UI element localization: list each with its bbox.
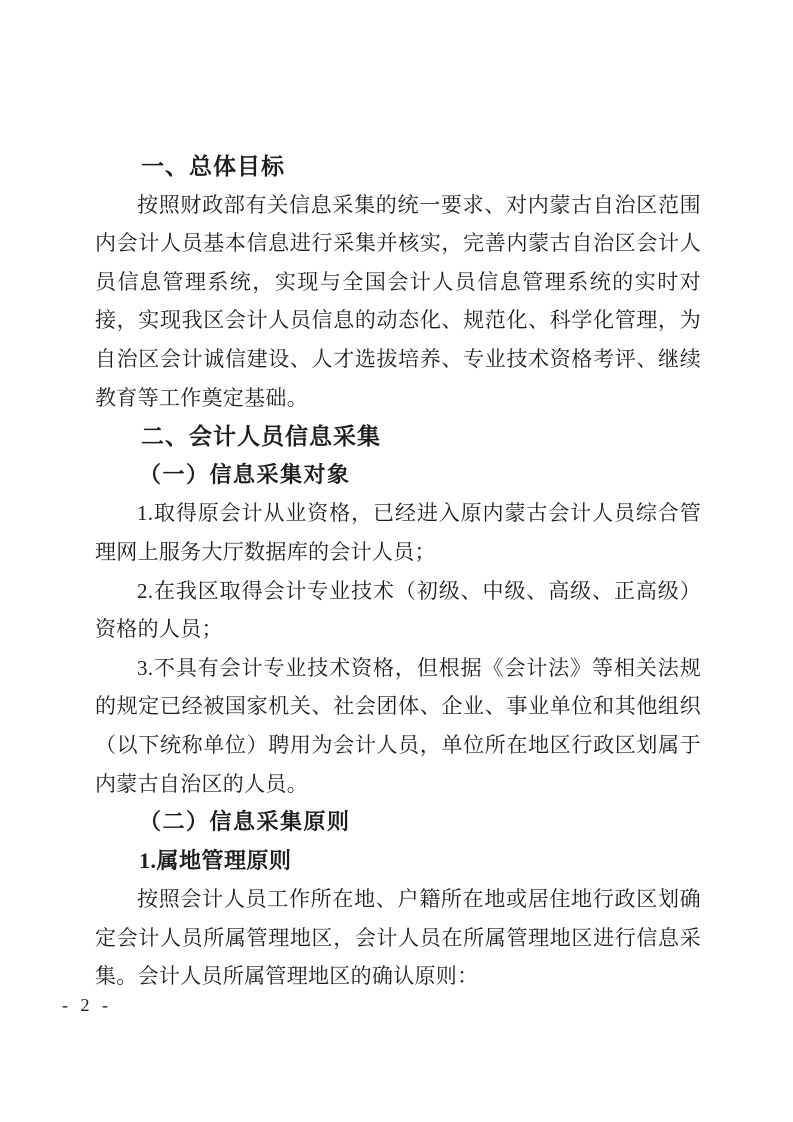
paragraph-overall-goals: 按照财政部有关信息采集的统一要求、对内蒙古自治区范围内会计人员基本信息进行采集并… [95,186,701,418]
heading-info-collection: 二、会计人员信息采集 [95,417,701,456]
paragraph-target-item-1: 1.取得原会计从业资格，已经进入原内蒙古会计人员综合管理网上服务大厅数据库的会计… [95,494,701,571]
heading-overall-goals: 一、总体目标 [95,147,701,186]
subheading-territorial-principle: 1.属地管理原则 [95,842,701,881]
paragraph-territorial-principle: 按照会计人员工作所在地、户籍所在地或居住地行政区划确定会计人员所属管理地区，会计… [95,880,701,996]
paragraph-target-item-2: 2.在我区取得会计专业技术（初级、中级、高级、正高级）资格的人员； [95,572,701,649]
document-page: 一、总体目标 按照财政部有关信息采集的统一要求、对内蒙古自治区范围内会计人员基本… [0,0,793,1122]
page-number: - 2 - [62,995,112,1016]
subheading-collection-principles: （二）信息采集原则 [95,803,701,842]
document-body: 一、总体目标 按照财政部有关信息采集的统一要求、对内蒙古自治区范围内会计人员基本… [95,147,701,996]
paragraph-target-item-3: 3.不具有会计专业技术资格，但根据《会计法》等相关法规的规定已经被国家机关、社会… [95,649,701,803]
subheading-collection-targets: （一）信息采集对象 [95,456,701,495]
